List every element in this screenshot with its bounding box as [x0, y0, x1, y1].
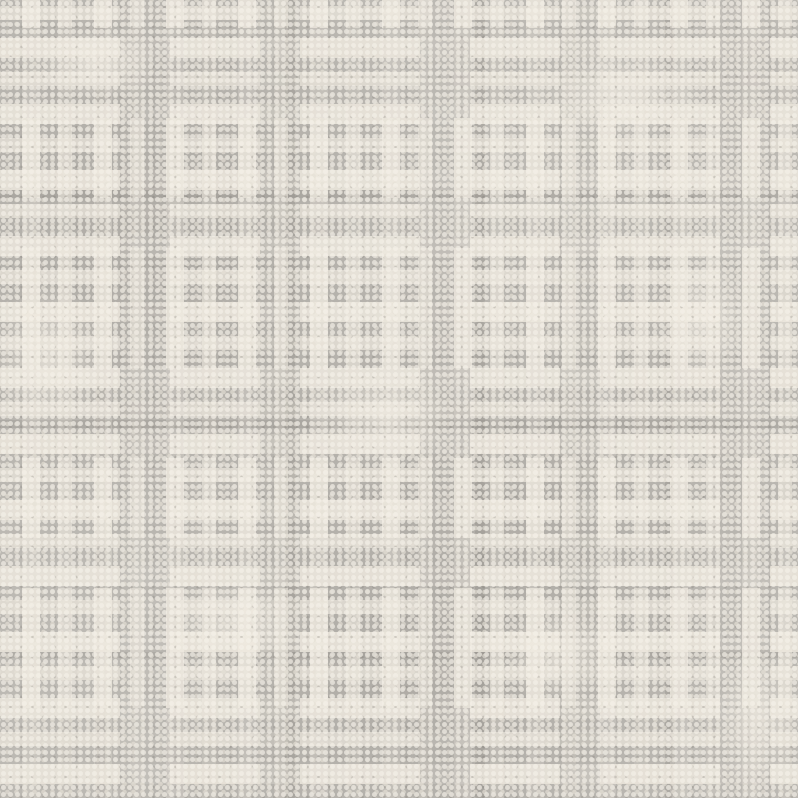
carpet-texture-photo	[0, 0, 798, 798]
carpet-loop-pile	[0, 0, 798, 798]
